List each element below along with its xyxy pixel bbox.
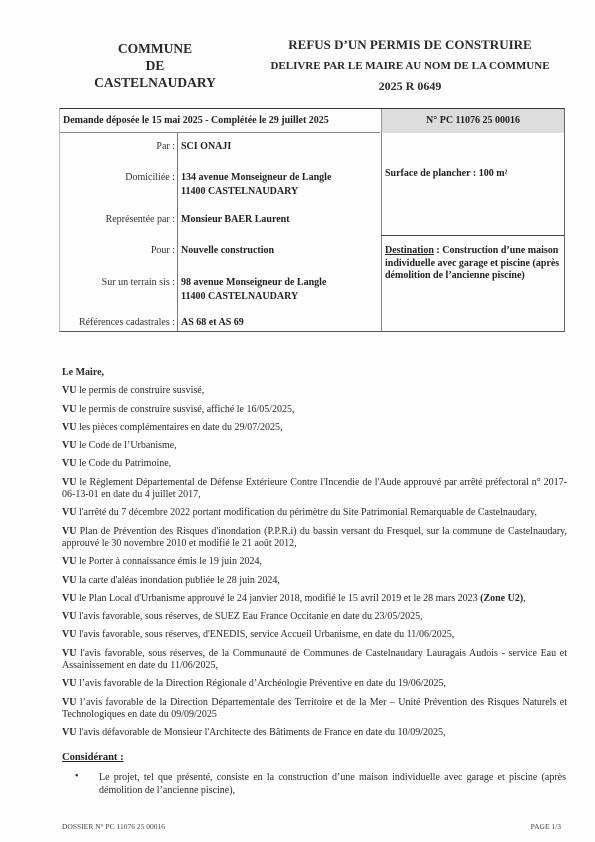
plu-zone: (Zone U2) (480, 593, 523, 604)
vu-prefix: VU (62, 593, 76, 604)
commune-line: COMMUNE (70, 40, 240, 57)
vu-prefix: VU (62, 648, 76, 659)
dossier-number: N° PC 11076 25 00016 (381, 109, 564, 133)
row-label: Sur un terrain sis : (102, 276, 175, 289)
vu-item: VU l'avis favorable, sous réserves, de S… (62, 611, 567, 623)
row-value: 134 avenue Monseigneur de Langle (181, 171, 331, 184)
row-label: Représentée par : (106, 213, 175, 226)
vu-prefix: VU (62, 697, 76, 708)
vu-item: VU le Code du Patrimoine, (62, 458, 567, 470)
vu-prefix: VU (62, 385, 76, 396)
vu-text: le Plan Local d'Urbanisme approuvé le 24… (76, 593, 480, 604)
vu-text: le Règlement Départemental de Défense Ex… (62, 477, 567, 500)
destination-label: Destination (385, 245, 434, 256)
vu-prefix: VU (62, 556, 76, 567)
surface-de-plancher: Surface de plancher : 100 m² (385, 168, 563, 181)
opening: Le Maire, (62, 367, 567, 379)
vu-prefix: VU (62, 458, 76, 469)
bullet-icon: • (75, 771, 79, 782)
row-value: Monsieur BAER Laurent (181, 213, 290, 226)
vu-text: le Code du Patrimoine, (76, 458, 171, 469)
permit-summary-table: Demande déposée le 15 mai 2025 - Complét… (59, 108, 565, 332)
destination: Destination : Construction d’une maison … (385, 245, 563, 283)
vu-text: l’avis favorable de la Direction Départe… (62, 697, 567, 720)
vu-text: le permis de construire susvisé, affiché… (76, 404, 294, 415)
row-label: Pour : (151, 244, 175, 257)
vu-item: VU la carte d'aléas inondation publiée l… (62, 575, 567, 587)
vu-prefix: VU (62, 611, 76, 622)
vu-prefix: VU (62, 526, 76, 537)
vu-item: VU l'avis favorable, sous réserves, de l… (62, 648, 567, 673)
considerant-label: Considérant (62, 752, 117, 763)
vu-item: VU le permis de construire susvisé, (62, 385, 567, 397)
row-value: 98 avenue Monseigneur de Langle (181, 276, 326, 289)
row-label: Domiciliée : (125, 171, 175, 184)
vu-prefix: VU (62, 575, 76, 586)
vu-item: VU l'avis défavorable de Monsieur l'Arch… (62, 727, 567, 739)
vu-text: Plan de Prévention des Risques d'inondat… (62, 526, 567, 549)
vu-item: VU le Plan Local d'Urbanisme approuvé le… (62, 593, 567, 605)
vu-item: VU le Code de l’Urbanisme, (62, 440, 567, 452)
vu-item: VU l’avis favorable de la Direction Régi… (62, 678, 567, 690)
decision-reference: 2025 R 0649 (245, 78, 575, 94)
demande-dates: Demande déposée le 15 mai 2025 - Complét… (60, 109, 380, 133)
commune-header: COMMUNE DE CASTELNAUDARY (70, 40, 240, 91)
vu-item: VU l'arrêté du 7 décembre 2022 portant m… (62, 507, 567, 519)
page-number: PAGE 1/3 (531, 822, 561, 831)
vu-item: VU le Règlement Départemental de Défense… (62, 477, 567, 502)
vu-text: l'avis défavorable de Monsieur l'Archite… (76, 727, 445, 738)
vu-text: l’avis favorable de la Direction Régiona… (76, 678, 446, 689)
considerant-item: Le projet, tel que présenté, consiste en… (99, 772, 566, 797)
vu-item: VU l'avis favorable, sous réserves, d'EN… (62, 629, 567, 641)
row-label: Références cadastrales : (79, 316, 175, 329)
column-divider (177, 133, 178, 331)
document-title-block: REFUS D’UN PERMIS DE CONSTRUIRE DELIVRE … (245, 36, 575, 94)
vu-item: VU le permis de construire susvisé, affi… (62, 404, 567, 416)
vu-text: l'arrêté du 7 décembre 2022 portant modi… (76, 507, 536, 518)
vu-prefix: VU (62, 629, 76, 640)
commune-line: CASTELNAUDARY (70, 74, 240, 91)
vu-item: VU l’avis favorable de la Direction Dépa… (62, 697, 567, 722)
vu-text: le permis de construire susvisé, (76, 385, 204, 396)
row-value: Nouvelle construction (181, 244, 274, 257)
vu-prefix: VU (62, 727, 76, 738)
vu-prefix: VU (62, 477, 76, 488)
row-value: 11400 CASTELNAUDARY (181, 290, 298, 303)
vu-prefix: VU (62, 422, 76, 433)
row-value: 11400 CASTELNAUDARY (181, 185, 298, 198)
footer-dossier: DOSSIER N° PC 11076 25 00016 (62, 822, 165, 831)
vu-prefix: VU (62, 440, 76, 451)
column-divider (381, 133, 382, 331)
row-label: Par : (156, 140, 175, 153)
vu-text: , (523, 593, 526, 604)
row-value: SCI ONAJI (181, 140, 231, 153)
considerant-heading: Considérant : (62, 752, 124, 763)
vu-prefix: VU (62, 404, 76, 415)
commune-line: DE (70, 57, 240, 74)
vu-text: l'avis favorable, sous réserves, d'ENEDI… (76, 629, 454, 640)
row-divider (381, 235, 564, 236)
vu-item: VU Plan de Prévention des Risques d'inon… (62, 526, 567, 551)
vu-text: le Code de l’Urbanisme, (76, 440, 176, 451)
vu-prefix: VU (62, 507, 76, 518)
vu-item: VU le Porter à connaissance émis le 19 j… (62, 556, 567, 568)
document-page: COMMUNE DE CASTELNAUDARY REFUS D’UN PERM… (0, 0, 595, 842)
vu-text: l'avis favorable, sous réserves, de SUEZ… (76, 611, 422, 622)
vu-prefix: VU (62, 678, 76, 689)
considerant-colon: : (117, 752, 123, 763)
vu-text: la carte d'aléas inondation publiée le 2… (76, 575, 279, 586)
vu-text: les pièces complémentaires en date du 29… (76, 422, 282, 433)
vu-text: le Porter à connaissance émis le 19 juin… (76, 556, 262, 567)
row-value: AS 68 et AS 69 (181, 316, 244, 329)
visas-section: Le Maire, VU le permis de construire sus… (62, 367, 567, 746)
vu-item: VU les pièces complémentaires en date du… (62, 422, 567, 434)
document-title: REFUS D’UN PERMIS DE CONSTRUIRE (245, 36, 575, 53)
document-subtitle: DELIVRE PAR LE MAIRE AU NOM DE LA COMMUN… (245, 58, 575, 74)
vu-text: l'avis favorable, sous réserves, de la C… (62, 648, 567, 671)
